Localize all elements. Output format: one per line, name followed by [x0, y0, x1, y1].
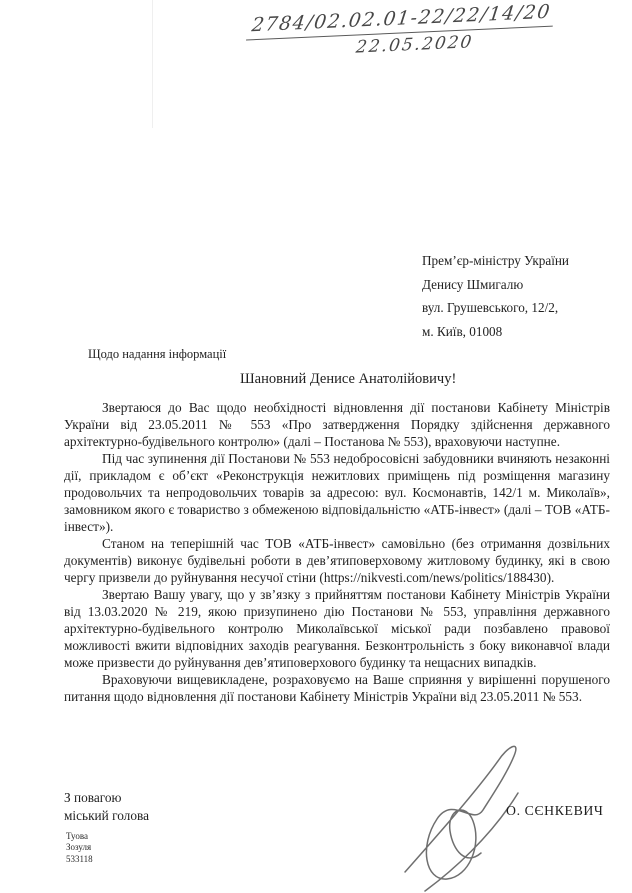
- letter-body: Звертаюся до Вас щодо необхідності відно…: [64, 399, 610, 705]
- recipient-line-city: м. Київ, 01008: [422, 320, 569, 344]
- paragraph-3: Станом на теперішній час ТОВ «АТБ-інвест…: [64, 535, 610, 586]
- executor-phone: 533118: [66, 854, 93, 865]
- recipient-line-street: вул. Грушевського, 12/2,: [422, 296, 569, 320]
- executor-line-2: Зозуля: [66, 842, 93, 853]
- salutation: Шановний Денисе Анатолійовичу!: [240, 371, 456, 388]
- paragraph-5: Враховуючи вищевикладене, розраховуємо н…: [64, 671, 610, 705]
- paragraph-4: Звертаю Вашу увагу, що у зв’язку з прийн…: [64, 586, 610, 671]
- handwritten-registration-block: 2784/02.02.01-22/22/14/20 22.05.2020: [247, 0, 621, 62]
- paragraph-2: Під час зупинення дії Постанови № 553 не…: [64, 450, 610, 535]
- recipient-line-title: Прем’єр-міністру України: [422, 249, 569, 273]
- executor-line-1: Туова: [66, 831, 93, 842]
- paragraph-1: Звертаюся до Вас щодо необхідності відно…: [64, 399, 610, 450]
- scan-artifact-line: [152, 0, 153, 128]
- executor-block: Туова Зозуля 533118: [66, 831, 93, 865]
- recipient-line-name: Денису Шмигалю: [422, 273, 569, 297]
- closing-regards: З повагою: [64, 789, 149, 807]
- closing-block: З повагою міський голова: [64, 789, 149, 824]
- closing-title: міський голова: [64, 807, 149, 825]
- scanned-letter-page: 2784/02.02.01-22/22/14/20 22.05.2020 Пре…: [0, 0, 632, 893]
- signer-name: О. СЄНКЕВИЧ: [506, 803, 604, 819]
- recipient-address-block: Прем’єр-міністру України Денису Шмигалю …: [422, 249, 569, 343]
- subject-line: Щодо надання інформації: [88, 347, 226, 362]
